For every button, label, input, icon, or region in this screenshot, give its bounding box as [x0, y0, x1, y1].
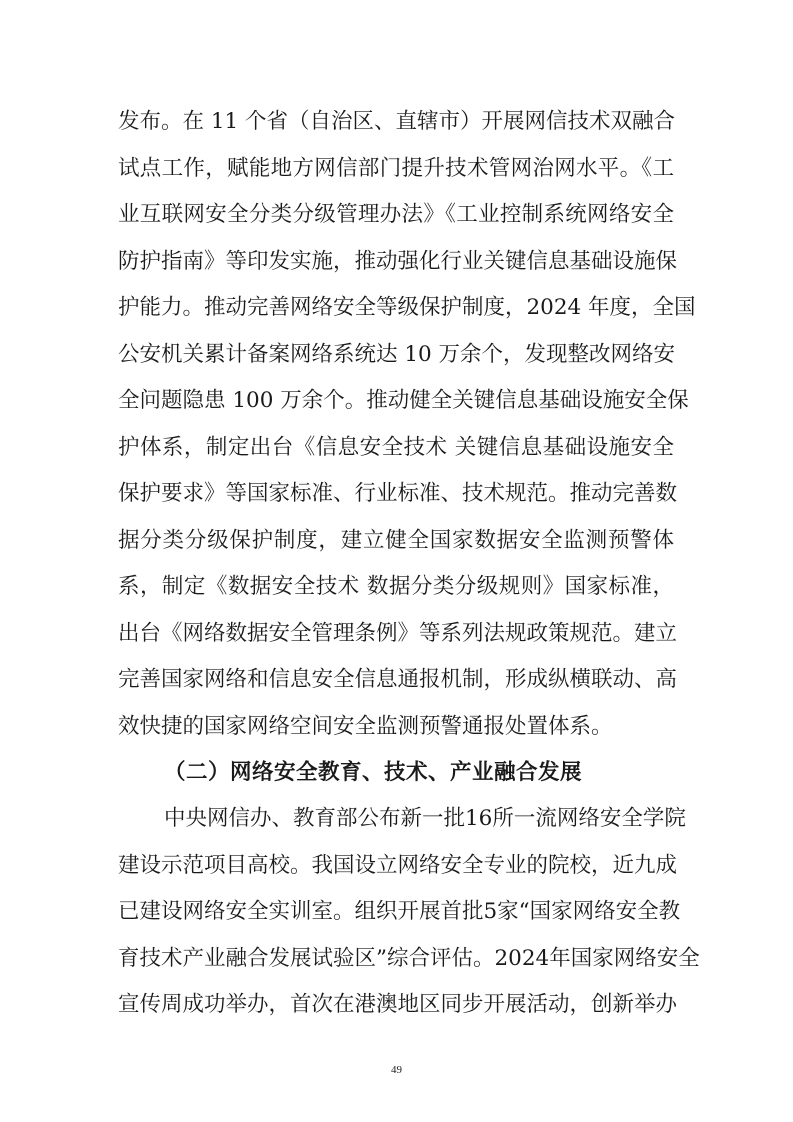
- text-line: 发布。在 11 个省（自治区、直辖市）开展网信技术双融合: [118, 107, 674, 137]
- text-line: 完善国家网络和信息安全信息通报机制，形成纵横联动、高: [118, 665, 674, 695]
- page-number: 49: [0, 1063, 793, 1077]
- text-line: 育技术产业融合发展试验区”综合评估。2024年国家网络安全: [118, 944, 674, 974]
- text-line: 出台《网络数据安全管理条例》等系列法规政策规范。建立: [118, 619, 674, 649]
- text-line: 建设示范项目高校。我国设立网络安全专业的院校，近九成: [118, 851, 674, 881]
- section-heading: （二）网络安全教育、技术、产业融合发展: [164, 758, 624, 788]
- text-line: 护能力。推动完善网络安全等级保护制度，2024 年度，全国: [118, 293, 674, 323]
- text-line: 系，制定《数据安全技术 数据分类分级规则》国家标准，: [118, 572, 674, 602]
- text-line: 宣传周成功举办，首次在港澳地区同步开展活动，创新举办: [118, 990, 674, 1020]
- text-line: 已建设网络安全实训室。组织开展首批5家“国家网络安全教: [118, 897, 674, 927]
- text-line: 据分类分级保护制度，建立健全国家数据安全监测预警体: [118, 526, 674, 556]
- text-line: 中央网信办、教育部公布新一批16所一流网络安全学院: [164, 804, 674, 834]
- text-line: 效快捷的国家网络空间安全监测预警通报处置体系。: [118, 712, 674, 742]
- text-line: 护体系，制定出台《信息安全技术 关键信息基础设施安全: [118, 433, 674, 463]
- text-line: 防护指南》等印发实施，推动强化行业关键信息基础设施保: [118, 247, 674, 277]
- document-page: 发布。在 11 个省（自治区、直辖市）开展网信技术双融合 试点工作，赋能地方网信…: [0, 0, 793, 1122]
- text-line: 公安机关累计备案网络系统达 10 万余个，发现整改网络安: [118, 340, 674, 370]
- text-line: 业互联网安全分类分级管理办法》《工业控制系统网络安全: [118, 200, 674, 230]
- text-line: 保护要求》等国家标准、行业标准、技术规范。推动完善数: [118, 479, 674, 509]
- text-line: 试点工作，赋能地方网信部门提升技术管网治网水平。《工: [118, 154, 674, 184]
- text-line: 全问题隐患 100 万余个。推动健全关键信息基础设施安全保: [118, 386, 674, 416]
